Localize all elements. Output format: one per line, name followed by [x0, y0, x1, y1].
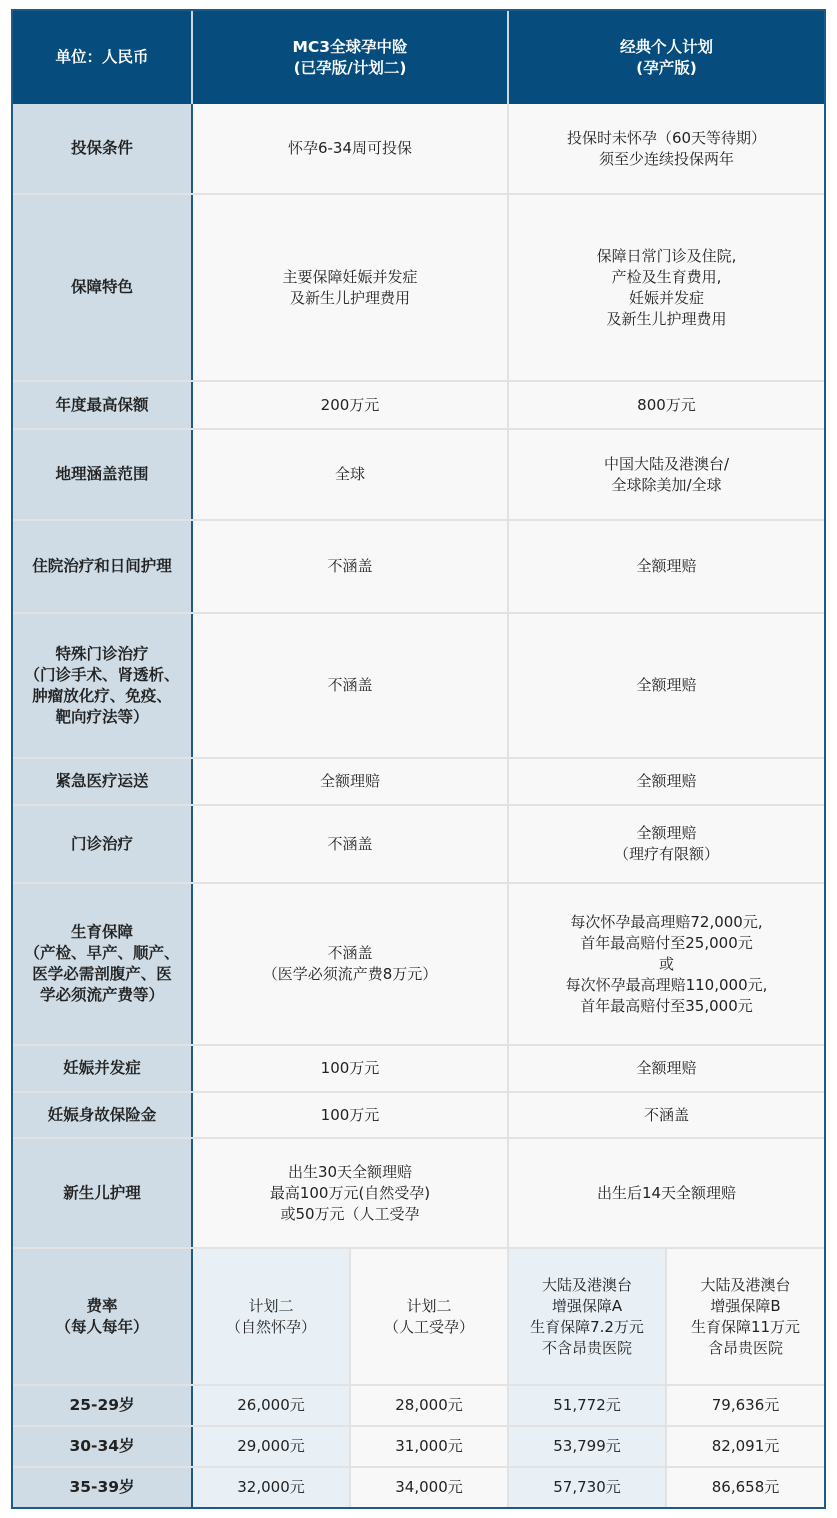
plan-a-value: 不涵盖 — [193, 521, 509, 612]
table-row: 生育保障 （产检、早产、顺产、 医学必需剖腹产、医 学必须流产费等） 不涵盖 （… — [13, 884, 824, 1046]
plan-b-value: 投保时未怀孕（60天等待期） 须至少连续投保两年 — [509, 104, 824, 193]
row-label: 保障特色 — [13, 195, 193, 380]
row-label: 新生儿护理 — [13, 1139, 193, 1247]
rates-header-row: 费率 （每人每年） 计划二 （自然怀孕） 计划二 （人工受孕） 大陆及港澳台 增… — [13, 1249, 824, 1386]
rate-value: 31,000元 — [351, 1427, 509, 1466]
plan-a-value: 不涵盖 — [193, 806, 509, 882]
plan-b-value: 全额理赔 — [509, 1046, 824, 1091]
plan-b-value: 全额理赔 — [509, 614, 824, 757]
table-row: 特殊门诊治疗 （门诊手术、肾透析、 肿瘤放化疗、免疫、 靶向疗法等） 不涵盖 全… — [13, 614, 824, 759]
plan-a-value: 全球 — [193, 430, 509, 519]
plan-b-value: 全额理赔 — [509, 759, 824, 804]
row-label: 地理涵盖范围 — [13, 430, 193, 519]
rate-column-enhanced-b: 大陆及港澳台 增强保障B 生育保障11万元 含昂贵医院 — [667, 1249, 824, 1384]
row-label: 妊娠并发症 — [13, 1046, 193, 1091]
plan-a-value: 怀孕6-34周可投保 — [193, 104, 509, 193]
age-label: 35-39岁 — [13, 1468, 193, 1507]
plan-b-value: 保障日常门诊及住院, 产检及生育费用, 妊娠并发症 及新生儿护理费用 — [509, 195, 824, 380]
table-row: 妊娠身故保险金 100万元 不涵盖 — [13, 1093, 824, 1139]
table-row: 地理涵盖范围 全球 中国大陆及港澳台/ 全球除美加/全球 — [13, 430, 824, 521]
plan-a-value: 主要保障妊娠并发症 及新生儿护理费用 — [193, 195, 509, 380]
rate-value: 53,799元 — [509, 1427, 667, 1466]
rate-value: 79,636元 — [667, 1386, 824, 1425]
table-row: 新生儿护理 出生30天全额理赔 最高100万元(自然受孕) 或50万元（人工受孕… — [13, 1139, 824, 1249]
table-row: 保障特色 主要保障妊娠并发症 及新生儿护理费用 保障日常门诊及住院, 产检及生育… — [13, 195, 824, 382]
rate-value: 57,730元 — [509, 1468, 667, 1507]
rate-value: 34,000元 — [351, 1468, 509, 1507]
row-label: 妊娠身故保险金 — [13, 1093, 193, 1137]
row-label: 门诊治疗 — [13, 806, 193, 882]
rate-row: 30-34岁 29,000元 31,000元 53,799元 82,091元 — [13, 1427, 824, 1468]
rate-column-ivf: 计划二 （人工受孕） — [351, 1249, 509, 1384]
rate-column-enhanced-a: 大陆及港澳台 增强保障A 生育保障7.2万元 不含昂贵医院 — [509, 1249, 667, 1384]
rate-value: 26,000元 — [193, 1386, 351, 1425]
comparison-table: 单位：人民币 MC3全球孕中险 (已孕版/计划二) 经典个人计划 (孕产版) 投… — [11, 9, 826, 1509]
plan-b-value: 全额理赔 （理疗有限额） — [509, 806, 824, 882]
age-label: 30-34岁 — [13, 1427, 193, 1466]
table-row: 住院治疗和日间护理 不涵盖 全额理赔 — [13, 521, 824, 614]
row-label: 生育保障 （产检、早产、顺产、 医学必需剖腹产、医 学必须流产费等） — [13, 884, 193, 1044]
rate-row: 25-29岁 26,000元 28,000元 51,772元 79,636元 — [13, 1386, 824, 1427]
plan-a-value: 100万元 — [193, 1046, 509, 1091]
plan-a-value: 出生30天全额理赔 最高100万元(自然受孕) 或50万元（人工受孕 — [193, 1139, 509, 1247]
table-row: 投保条件 怀孕6-34周可投保 投保时未怀孕（60天等待期） 须至少连续投保两年 — [13, 104, 824, 195]
plan-b-value: 全额理赔 — [509, 521, 824, 612]
row-label: 投保条件 — [13, 104, 193, 193]
plan-b-value: 中国大陆及港澳台/ 全球除美加/全球 — [509, 430, 824, 519]
row-label: 紧急医疗运送 — [13, 759, 193, 804]
rates-label: 费率 （每人每年） — [13, 1249, 193, 1384]
table-row: 紧急医疗运送 全额理赔 全额理赔 — [13, 759, 824, 806]
plan-a-value: 全额理赔 — [193, 759, 509, 804]
rate-value: 32,000元 — [193, 1468, 351, 1507]
table-row: 门诊治疗 不涵盖 全额理赔 （理疗有限额） — [13, 806, 824, 884]
table-row: 妊娠并发症 100万元 全额理赔 — [13, 1046, 824, 1093]
plan-a-value: 不涵盖 （医学必须流产费8万元） — [193, 884, 509, 1044]
plan-a-value: 100万元 — [193, 1093, 509, 1137]
rate-row: 35-39岁 32,000元 34,000元 57,730元 86,658元 — [13, 1468, 824, 1507]
plan-a-header: MC3全球孕中险 (已孕版/计划二) — [193, 11, 509, 104]
plan-b-value: 每次怀孕最高理赔72,000元, 首年最高赔付至25,000元 或 每次怀孕最高… — [509, 884, 824, 1044]
row-label: 年度最高保额 — [13, 382, 193, 428]
row-label: 住院治疗和日间护理 — [13, 521, 193, 612]
table-row: 年度最高保额 200万元 800万元 — [13, 382, 824, 430]
plan-b-value: 出生后14天全额理赔 — [509, 1139, 824, 1247]
rate-value: 51,772元 — [509, 1386, 667, 1425]
rate-value: 28,000元 — [351, 1386, 509, 1425]
rate-column-natural: 计划二 （自然怀孕） — [193, 1249, 351, 1384]
plan-b-header: 经典个人计划 (孕产版) — [509, 11, 824, 104]
age-label: 25-29岁 — [13, 1386, 193, 1425]
plan-a-value: 不涵盖 — [193, 614, 509, 757]
plan-b-value: 不涵盖 — [509, 1093, 824, 1137]
unit-label: 单位：人民币 — [13, 11, 193, 104]
rate-value: 29,000元 — [193, 1427, 351, 1466]
plan-b-value: 800万元 — [509, 382, 824, 428]
plan-a-value: 200万元 — [193, 382, 509, 428]
row-label: 特殊门诊治疗 （门诊手术、肾透析、 肿瘤放化疗、免疫、 靶向疗法等） — [13, 614, 193, 757]
rate-value: 82,091元 — [667, 1427, 824, 1466]
table-header: 单位：人民币 MC3全球孕中险 (已孕版/计划二) 经典个人计划 (孕产版) — [13, 11, 824, 104]
rate-value: 86,658元 — [667, 1468, 824, 1507]
